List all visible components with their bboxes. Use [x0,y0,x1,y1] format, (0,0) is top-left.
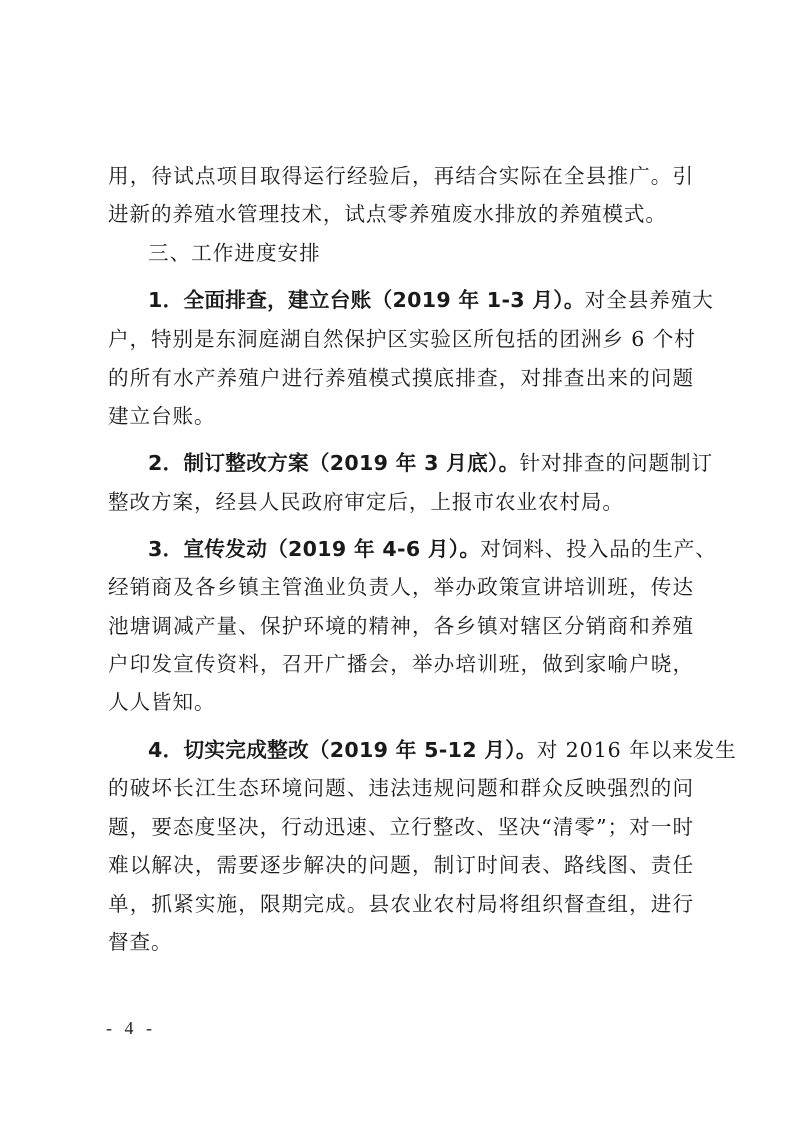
paragraph-line: 经销商及各乡镇主管渔业负责人，举办政策宣讲培训班，传达 [108,575,694,599]
paragraph-line: 户印发宣传资料，召开广播会，举办培训班，做到家喻户晓， [108,652,694,676]
item-3-title: 3．宣传发动（2019 年 4-6 月）。 [148,537,480,561]
paragraph-line: 题，要态度坚决，行动迅速、立行整改、坚决“清零”；对一时 [108,815,694,839]
item-1-title: 1．全面排查，建立台账（2019 年 1-3 月）。 [148,288,585,312]
paragraph-line: 池塘调减产量、保护环境的精神，各乡镇对辖区分销商和养殖 [108,614,694,638]
paragraph-line: 用，待试点项目取得运行经验后，再结合实际在全县推广。引 [108,164,694,188]
document-page: 用，待试点项目取得运行经验后，再结合实际在全县推广。引 进新的养殖水管理技术，试… [0,0,793,1122]
paragraph-line: 难以解决，需要逐步解决的问题，制订时间表、路线图、责任 [108,853,694,877]
page-number: - 4 - [106,1018,156,1039]
item-3-first-line: 3．宣传发动（2019 年 4-6 月）。对饲料、投入品的生产、 [148,537,694,561]
paragraph-line: 的所有水产养殖户进行养殖模式摸底排查，对排查出来的问题 [108,366,694,390]
paragraph-line: 人人皆知。 [108,690,694,714]
item-4-text: 对 2016 年以来发生 [537,738,737,762]
item-4-title: 4．切实完成整改（2019 年 5-12 月）。 [148,738,537,762]
item-3-text: 对饲料、投入品的生产、 [480,537,716,561]
paragraph-line: 户，特别是东洞庭湖自然保护区实验区所包括的团洲乡 6 个村 [108,327,694,351]
item-1-text: 对全县养殖大 [585,288,714,312]
item-4-first-line: 4．切实完成整改（2019 年 5-12 月）。对 2016 年以来发生 [148,738,694,762]
item-2-text: 针对排查的问题制订 [520,451,713,475]
paragraph-line: 进新的养殖水管理技术，试点零养殖废水排放的养殖模式。 [108,202,694,226]
paragraph-line: 督查。 [108,930,694,954]
item-2-first-line: 2．制订整改方案（2019 年 3 月底）。针对排查的问题制订 [148,451,694,475]
paragraph-line: 单，抓紧实施，限期完成。县农业农村局将组织督查组，进行 [108,892,694,916]
section-heading: 三、工作进度安排 [148,241,694,265]
paragraph-line: 整改方案，经县人民政府审定后，上报市农业农村局。 [108,490,694,514]
item-2-title: 2．制订整改方案（2019 年 3 月底）。 [148,451,520,475]
paragraph-line: 建立台账。 [108,404,694,428]
item-1-first-line: 1．全面排查，建立台账（2019 年 1-3 月）。对全县养殖大 [148,288,694,312]
paragraph-line: 的破坏长江生态环境问题、违法违规问题和群众反映强烈的问 [108,776,694,800]
